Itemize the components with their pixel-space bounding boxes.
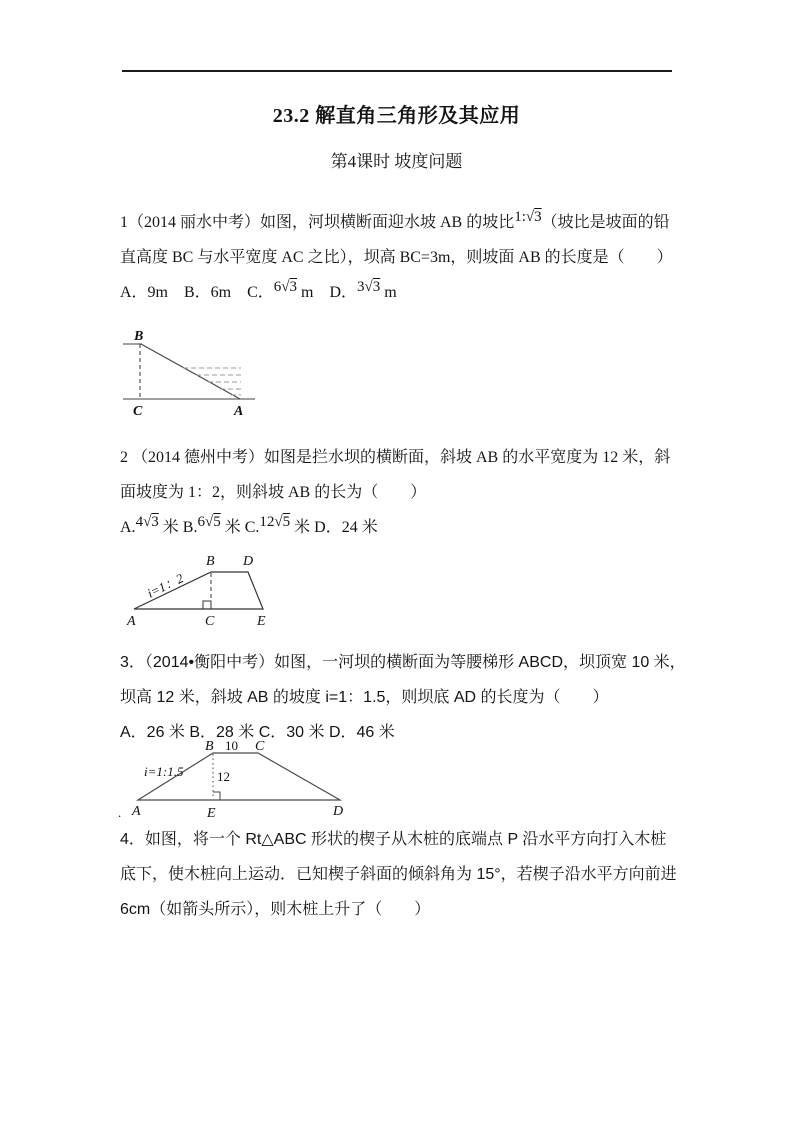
- page-title: 23.2 解直角三角形及其应用: [0, 99, 793, 128]
- text-run: 4．如图，将一个 Rt△ABC 形状的楔子从木桩的底端点 P 沿水平方向打入木桩: [120, 831, 666, 848]
- text-run: m: [380, 284, 396, 301]
- question-2: 2 （2014 德州中考）如图是拦水坝的横断面，斜坡 AB 的水平宽度为 12 …: [120, 440, 680, 545]
- header-rule: [122, 70, 672, 72]
- text-line: 4．如图，将一个 Rt△ABC 形状的楔子从木桩的底端点 P 沿水平方向打入木桩: [120, 822, 680, 857]
- text-run: 米 C.: [221, 519, 260, 536]
- fig2-label-c: C: [205, 614, 215, 629]
- fig3-label-a: A: [131, 804, 141, 819]
- text-line: 3．（2014•衡阳中考）如图，一河坝的横断面为等腰梯形 ABCD，坝顶宽 10…: [120, 645, 680, 680]
- text-run: 面坡度为 1：2，则斜坡 AB 的长为（ ）: [120, 484, 426, 501]
- text-run: 3．（2014•衡阳中考）如图，一河坝的横断面为等腰梯形 ABCD，坝顶宽 10…: [120, 654, 686, 671]
- fig3-label-c: C: [255, 740, 265, 754]
- fig3-label-b: B: [205, 740, 214, 754]
- text-line: 面坡度为 1：2，则斜坡 AB 的长为（ ）: [120, 475, 680, 510]
- question-4: 4．如图，将一个 Rt△ABC 形状的楔子从木桩的底端点 P 沿水平方向打入木桩…: [120, 822, 680, 927]
- question-1: 1（2014 丽水中考）如图，河坝横断面迎水坡 AB 的坡比1:√3（坡比是坡面…: [120, 205, 680, 310]
- fig3-label-d: D: [332, 804, 343, 819]
- fig1-label-b: B: [133, 329, 143, 344]
- fig1-label-a: A: [233, 404, 243, 419]
- text-run: A．9m B．6m C．: [120, 284, 274, 301]
- figure-1-dam-cross-section: B C A: [118, 328, 268, 428]
- fig2-label-e: E: [256, 614, 266, 629]
- math-expression: 3√3: [357, 279, 380, 295]
- figure-3-trapezoid-dam: i=1:1.5 B 10 C 12 . A E D: [108, 740, 358, 825]
- fig3-slope-ratio-label: i=1:1.5: [144, 764, 184, 779]
- math-expression: 6√5: [197, 514, 220, 530]
- figure-2-dam-cross-section: i=1：2 B D A C E: [116, 551, 301, 636]
- text-run: 6cm（如箭头所示），则木桩上升了（ ）: [120, 901, 430, 918]
- fig2-slope-ratio-label: i=1：2: [145, 570, 187, 601]
- text-run: m D．: [297, 284, 357, 301]
- fig1-label-c: C: [133, 404, 143, 419]
- text-run: 坝高 12 米，斜坡 AB 的坡度 i=1：1.5，则坝底 AD 的长度为（ ）: [120, 689, 609, 706]
- text-line: A.4√3 米 B.6√5 米 C.12√5 米 D．24 米: [120, 510, 680, 545]
- question-3: 3．（2014•衡阳中考）如图，一河坝的横断面为等腰梯形 ABCD，坝顶宽 10…: [120, 645, 680, 750]
- math-expression: 12√5: [259, 514, 290, 530]
- text-run: 米 B.: [159, 519, 198, 536]
- fig3-height-value-label: 12: [217, 769, 230, 784]
- fig3-right-angle-mark: [213, 792, 220, 800]
- text-run: 1（2014 丽水中考）如图，河坝横断面迎水坡 AB 的坡比: [120, 214, 514, 231]
- text-run: 底下，使木桩向上运动．已知楔子斜面的倾斜角为 15°，若楔子沿水平方向前进: [120, 866, 677, 883]
- text-line: 6cm（如箭头所示），则木桩上升了（ ）: [120, 892, 680, 927]
- text-line: 坝高 12 米，斜坡 AB 的坡度 i=1：1.5，则坝底 AD 的长度为（ ）: [120, 680, 680, 715]
- fig1-slope-line: [141, 344, 240, 399]
- text-line: 1（2014 丽水中考）如图，河坝横断面迎水坡 AB 的坡比1:√3（坡比是坡面…: [120, 205, 680, 240]
- text-run: （坡比是坡面的铅: [542, 214, 670, 231]
- lesson-subtitle: 第4课时 坡度问题: [0, 147, 793, 172]
- fig2-label-d: D: [242, 554, 253, 569]
- fig3-label-e: E: [206, 806, 216, 821]
- text-run: 直高度 BC 与水平宽度 AC 之比），坝高 BC=3m，则坡面 AB 的长度是…: [120, 249, 673, 266]
- worksheet-page: 23.2 解直角三角形及其应用 第4课时 坡度问题 1（2014 丽水中考）如图…: [0, 0, 793, 1122]
- text-run: 米 D．24 米: [290, 519, 378, 536]
- text-run: A.: [120, 519, 136, 536]
- text-run: 2 （2014 德州中考）如图是拦水坝的横断面，斜坡 AB 的水平宽度为 12 …: [120, 449, 670, 466]
- fig2-label-a: A: [126, 614, 136, 629]
- fig2-right-angle-mark: [203, 601, 211, 609]
- text-run: A．26 米 B．28 米 C．30 米 D．46 米: [120, 724, 395, 741]
- math-expression: 1:√3: [514, 209, 541, 225]
- fig2-label-b: B: [206, 554, 215, 569]
- text-line: 底下，使木桩向上运动．已知楔子斜面的倾斜角为 15°，若楔子沿水平方向前进: [120, 857, 680, 892]
- math-expression: 6√3: [274, 279, 297, 295]
- math-expression: 4√3: [136, 514, 159, 530]
- fig3-stray-period: .: [118, 805, 121, 820]
- text-line: A．9m B．6m C．6√3 m D．3√3 m: [120, 275, 680, 310]
- fig3-top-width-label: 10: [225, 740, 238, 753]
- text-line: 直高度 BC 与水平宽度 AC 之比），坝高 BC=3m，则坡面 AB 的长度是…: [120, 240, 680, 275]
- text-line: 2 （2014 德州中考）如图是拦水坝的横断面，斜坡 AB 的水平宽度为 12 …: [120, 440, 680, 475]
